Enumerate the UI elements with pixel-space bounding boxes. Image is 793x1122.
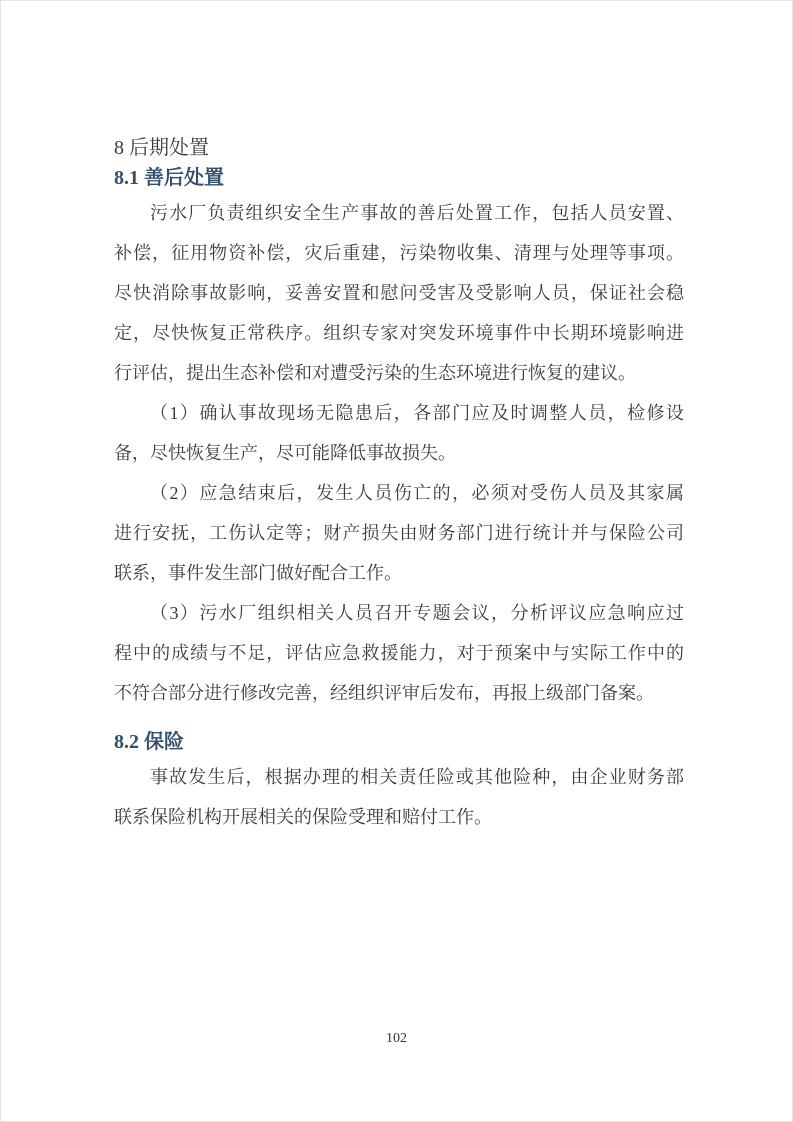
text-line: 进行安抚，工伤认定等；财产损失由财务部门进行统计并与保险公司 — [114, 513, 684, 553]
document-body: 8 后期处置 8.1 善后处置 污水厂负责组织安全生产事故的善后处置工作，包括人… — [114, 133, 684, 837]
text-line: 事故发生后，根据办理的相关责任险或其他险种，由企业财务部 — [114, 757, 684, 797]
paragraph-item-2: （2）应急结束后，发生人员伤亡的，必须对受伤人员及其家属 进行安抚，工伤认定等；… — [114, 473, 684, 593]
text-line: 备，尽快恢复生产，尽可能降低事故损失。 — [114, 433, 684, 473]
text-line: 联系，事件发生部门做好配合工作。 — [114, 553, 684, 593]
paragraph-item-3: （3）污水厂组织相关人员召开专题会议，分析评议应急响应过 程中的成绩与不足，评估… — [114, 593, 684, 713]
text-line: 不符合部分进行修改完善，经组织评审后发布，再报上级部门备案。 — [114, 673, 684, 713]
page-number: 102 — [1, 1029, 792, 1049]
text-line: 补偿，征用物资补偿，灾后重建，污染物收集、清理与处理等事项。 — [114, 233, 684, 273]
paragraph-aftermath-overview: 污水厂负责组织安全生产事故的善后处置工作，包括人员安置、 补偿，征用物资补偿，灾… — [114, 193, 684, 393]
text-line: 程中的成绩与不足，评估应急救援能力，对于预案中与实际工作中的 — [114, 633, 684, 673]
text-line: 尽快消除事故影响，妥善安置和慰问受害及受影响人员，保证社会稳 — [114, 273, 684, 313]
document-page: 8 后期处置 8.1 善后处置 污水厂负责组织安全生产事故的善后处置工作，包括人… — [0, 0, 793, 1122]
text-line: 定，尽快恢复正常秩序。组织专家对突发环境事件中长期环境影响进 — [114, 313, 684, 353]
text-line: （2）应急结束后，发生人员伤亡的，必须对受伤人员及其家属 — [114, 473, 684, 513]
text-line: （3）污水厂组织相关人员召开专题会议，分析评议应急响应过 — [114, 593, 684, 633]
paragraph-item-1: （1）确认事故现场无隐患后，各部门应及时调整人员，检修设 备，尽快恢复生产，尽可… — [114, 393, 684, 473]
text-line: 污水厂负责组织安全生产事故的善后处置工作，包括人员安置、 — [114, 193, 684, 233]
text-line: （1）确认事故现场无隐患后，各部门应及时调整人员，检修设 — [114, 393, 684, 433]
paragraph-insurance: 事故发生后，根据办理的相关责任险或其他险种，由企业财务部 联系保险机构开展相关的… — [114, 757, 684, 837]
section-heading-8-2: 8.2 保险 — [114, 727, 684, 757]
text-line: 行评估，提出生态补偿和对遭受污染的生态环境进行恢复的建议。 — [114, 353, 684, 393]
text-line: 联系保险机构开展相关的保险受理和赔付工作。 — [114, 797, 684, 837]
chapter-heading: 8 后期处置 — [114, 133, 684, 163]
section-heading-8-1: 8.1 善后处置 — [114, 163, 684, 193]
